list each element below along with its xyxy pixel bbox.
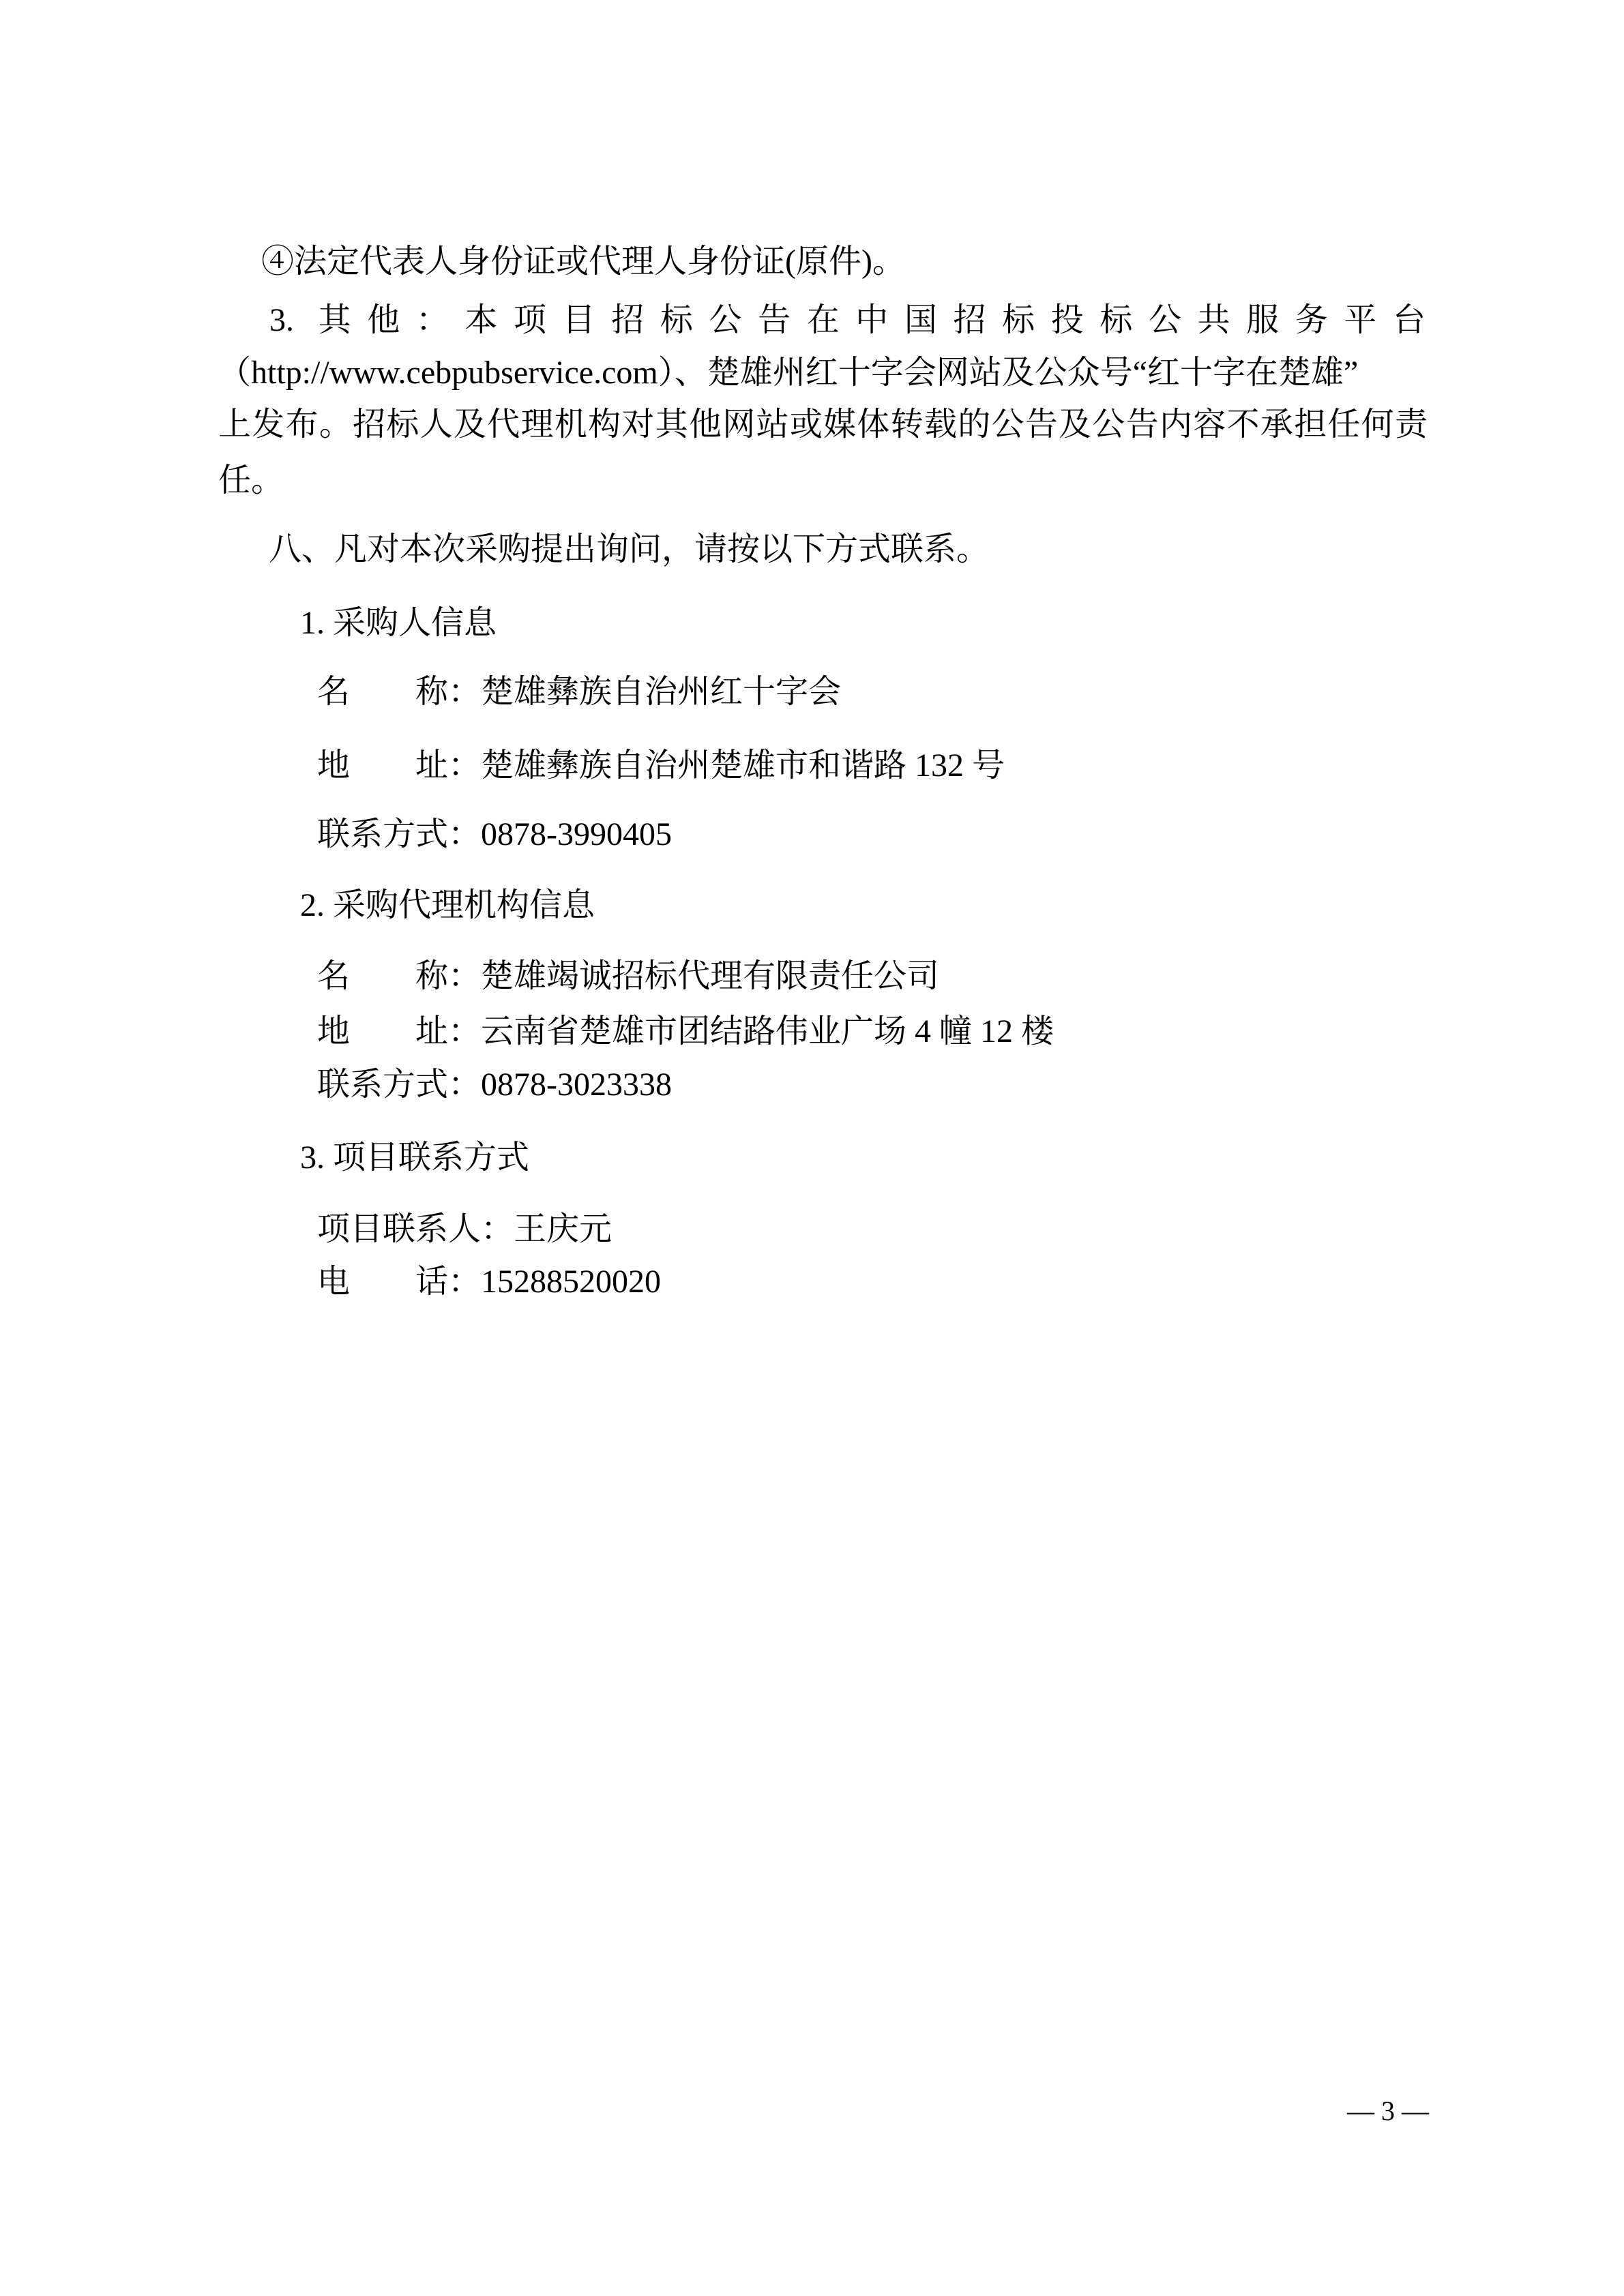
purchaser-info-heading: 1. 采购人信息 xyxy=(300,604,497,642)
clause-other-line4: 任。 xyxy=(218,462,284,500)
clause-other-line1: 3. 其他：本项目招标公告在中国招标投标公共服务平台 xyxy=(269,301,1426,340)
agency-name: 名 称：楚雄竭诚招标代理有限责任公司 xyxy=(317,957,939,996)
clause-other-line2: （http://www.cebpubservice.com）、楚雄州红十字会网站… xyxy=(218,354,1358,392)
agency-address: 地 址：云南省楚雄市团结路伟业广场 4 幢 12 楼 xyxy=(317,1013,1054,1051)
document-page: ④法定代表人身份证或代理人身份证(原件)。 3. 其他：本项目招标公告在中国招标… xyxy=(0,0,1624,2296)
agency-contact: 联系方式：0878-3023338 xyxy=(317,1066,672,1104)
section-eight-heading: 八、凡对本次采购提出询问，请按以下方式联系。 xyxy=(269,531,989,569)
clause-legal-rep-id: ④法定代表人身份证或代理人身份证(原件)。 xyxy=(261,243,905,281)
purchaser-address: 地 址：楚雄彝族自治州楚雄市和谐路 132 号 xyxy=(317,747,1005,785)
page-number: — 3 — xyxy=(1347,2096,1429,2127)
project-phone: 电 话：15288520020 xyxy=(317,1263,661,1301)
purchaser-contact: 联系方式：0878-3990405 xyxy=(317,816,672,854)
project-contact-person: 项目联系人：王庆元 xyxy=(317,1210,612,1249)
agency-info-heading: 2. 采购代理机构信息 xyxy=(300,886,595,925)
clause-other-line3: 上发布。招标人及代理机构对其他网站或媒体转载的公告及公告内容不承担任何责 xyxy=(218,406,1428,444)
purchaser-name: 名 称：楚雄彝族自治州红十字会 xyxy=(317,673,841,711)
project-contact-heading: 3. 项目联系方式 xyxy=(300,1139,529,1177)
